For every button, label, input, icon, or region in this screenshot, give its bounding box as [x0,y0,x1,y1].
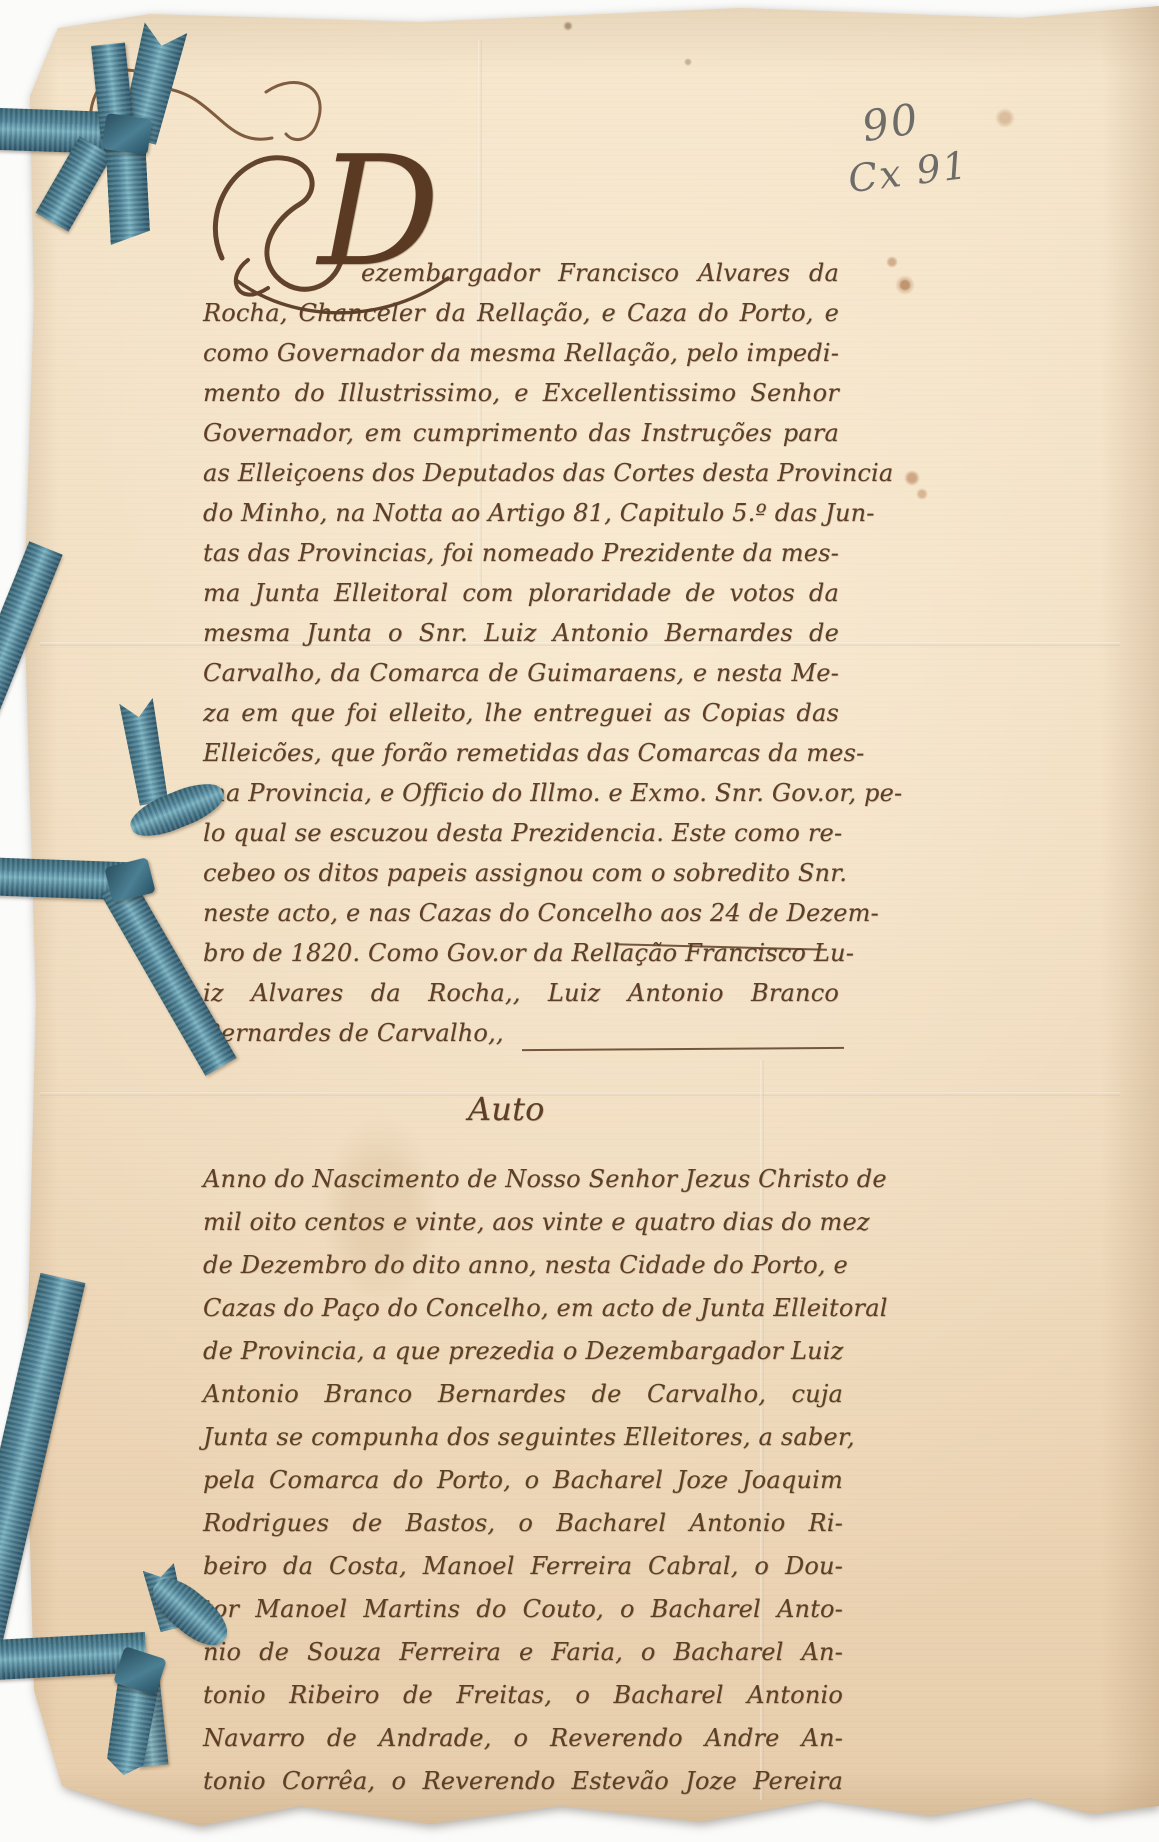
manuscript-line: como Governador da mesma Rellação, pelo … [203,333,839,373]
manuscript-line: Navarro de Andrade, o Reverendo Andre An… [203,1717,843,1760]
manuscript-line: Anno do Nascimento de Nosso Senhor Jezus… [203,1158,843,1201]
manuscript-line: Cazas do Paço do Concelho, em acto de Ju… [203,1287,843,1330]
manuscript-line: beiro da Costa, Manoel Ferreira Cabral, … [203,1545,843,1588]
manuscript-line: as Elleiçoens dos Deputados das Cortes d… [203,453,839,493]
pencil-archival-number: 90 [859,94,923,151]
manuscript-line: do Minho, na Notta ao Artigo 81, Capitul… [203,493,839,533]
scanned-manuscript-page: 90 Cx 91 D ezembargador Francisco Alvare… [0,0,1159,1842]
manuscript-line: Governador, em cumprimento das Instruçõe… [203,413,839,453]
manuscript-line: Elleicões, que forão remetidas das Comar… [203,733,839,773]
manuscript-line: de Provincia, a que prezedia o Dezembarg… [203,1330,843,1373]
manuscript-line: de Dezembro do dito anno, nesta Cidade d… [203,1244,843,1287]
pencil-box-number: Cx 91 [846,143,971,201]
manuscript-line: mento do Illustrissimo, e Excellentissim… [203,373,839,413]
manuscript-line: nio de Souza Ferreira e Faria, o Bachare… [203,1631,843,1674]
manuscript-line: lo qual se escuzou desta Prezidencia. Es… [203,813,839,853]
ribbon-tail-down [105,141,150,245]
section-heading-auto: Auto [468,1090,545,1128]
manuscript-line: tonio Ribeiro de Freitas, o Bacharel Ant… [203,1674,843,1717]
manuscript-line: pela Comarca do Porto, o Bacharel Joze J… [203,1459,843,1502]
manuscript-line: bro de 1820. Como Gov.or da Rellação Fra… [203,933,839,973]
manuscript-line: tonio Corrêa, o Reverendo Estevão Joze P… [203,1760,843,1803]
manuscript-line: neste acto, e nas Cazas do Concelho aos … [203,893,839,933]
manuscript-line: Antonio Branco Bernardes de Carvalho, cu… [203,1373,843,1416]
manuscript-line: Rodrigues de Bastos, o Bacharel Antonio … [203,1502,843,1545]
manuscript-paragraph-1: ezembargador Francisco Alvares daRocha, … [203,253,839,1053]
manuscript-line: tas das Provincias, foi nomeado Preziden… [203,533,839,573]
manuscript-line: ma Junta Elleitoral com ploraridade de v… [203,573,839,613]
manuscript-line: Rocha, Chanceler da Rellação, e Caza do … [203,293,839,333]
manuscript-line: mesma Junta o Snr. Luiz Antonio Bernarde… [203,613,839,653]
ribbon-knot-top [102,113,153,155]
manuscript-line: cebeo os ditos papeis assignou com o sob… [203,853,839,893]
manuscript-line: mil oito centos e vinte, aos vinte e qua… [203,1201,843,1244]
manuscript-line: tor Manoel Martins do Couto, o Bacharel … [203,1588,843,1631]
manuscript-line: ezembargador Francisco Alvares da [361,253,839,293]
manuscript-line: ma Provincia, e Officio do Illmo. e Exmo… [203,773,839,813]
manuscript-line: Junta se compunha dos seguintes Elleitor… [203,1416,843,1459]
manuscript-paragraph-2: Anno do Nascimento de Nosso Senhor Jezus… [203,1158,843,1803]
horizontal-fold-crease [40,1092,1120,1096]
manuscript-line: za em que foi elleito, lhe entreguei as … [203,693,839,733]
manuscript-line: iz Alvares da Rocha,, Luiz Antonio Branc… [203,973,839,1013]
manuscript-line: Carvalho, da Comarca de Guimaraens, e ne… [203,653,839,693]
